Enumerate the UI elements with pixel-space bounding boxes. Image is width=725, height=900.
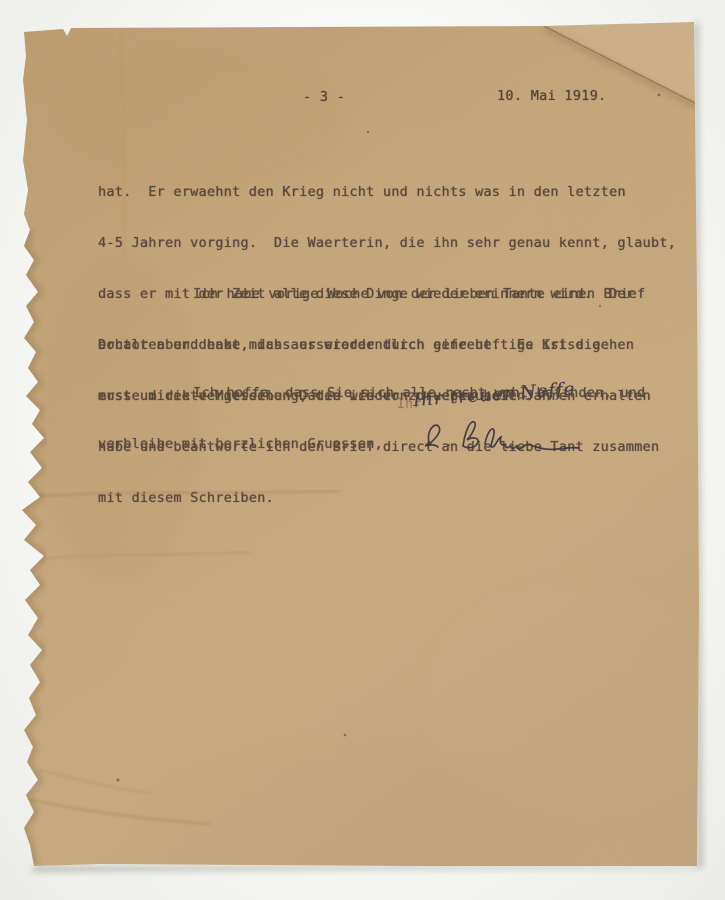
scan-background: - 3 - 10. Mai 1919. hat. Er erwaehnt den…	[0, 0, 725, 900]
letter-paper	[0, 0, 725, 900]
